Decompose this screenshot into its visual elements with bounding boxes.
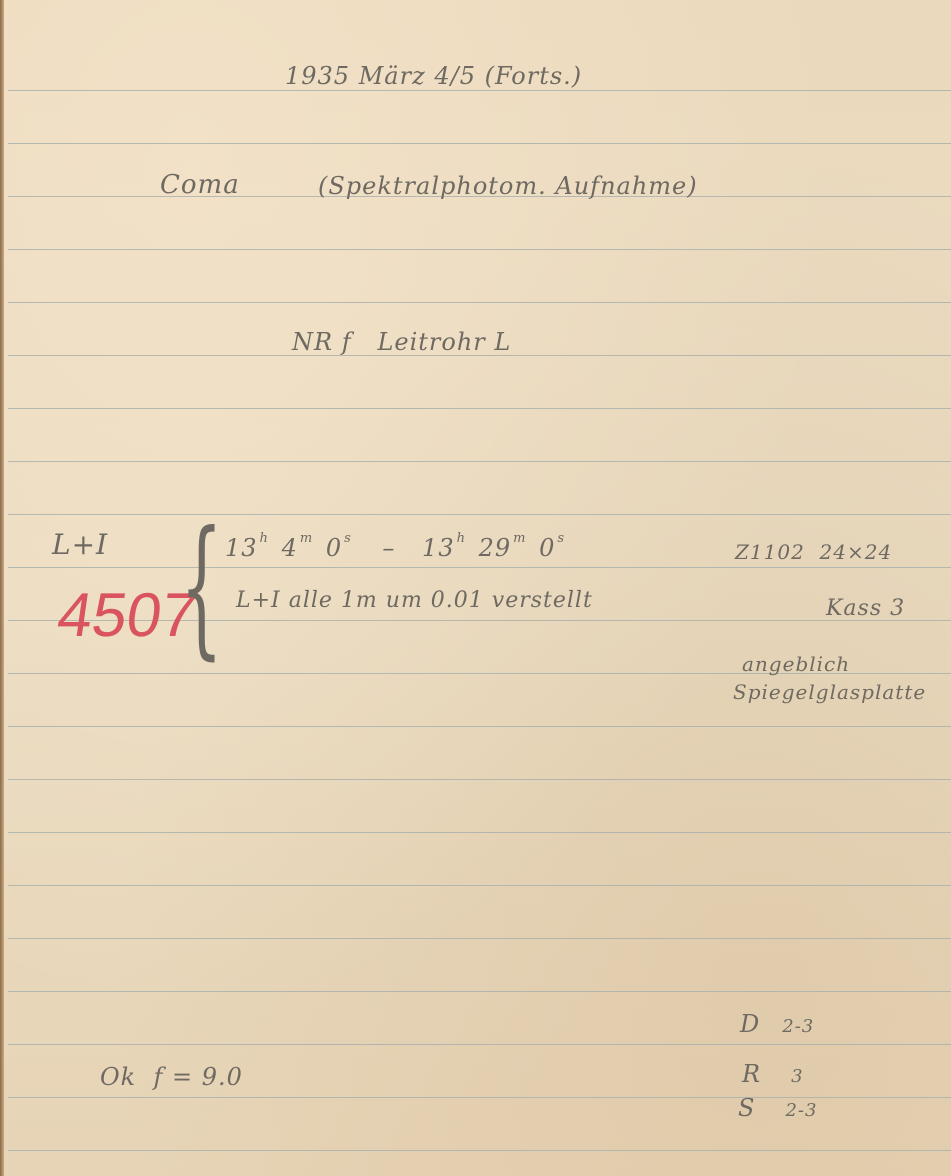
remark-line-2: Spiegelglasplatte: [733, 680, 926, 704]
rule-line: [8, 249, 951, 250]
plate-info: Z1102 24×24: [735, 540, 892, 564]
rule-line: [8, 143, 951, 144]
time-start-hours: 13: [225, 534, 258, 562]
rule-line: [8, 514, 951, 515]
plate-number: 4507: [53, 580, 201, 651]
adjustment-note: L+I alle 1m um 0.01 verstellt: [236, 588, 593, 613]
grade-r: R3: [742, 1060, 804, 1088]
rule-line: [8, 90, 951, 91]
rule-line: [8, 461, 951, 462]
entry-label: L+I: [52, 528, 108, 561]
rule-line: [8, 1150, 951, 1151]
cassette: Kass 3: [826, 596, 905, 621]
page-binding-edge: [0, 0, 4, 1176]
remark-line-1: angeblich: [742, 652, 850, 676]
time-end-hours: 13: [422, 534, 455, 562]
time-start-seconds: 0: [326, 534, 342, 562]
time-dash: –: [382, 534, 395, 562]
object-description: (Spektralphotom. Aufnahme): [318, 172, 698, 200]
rule-line: [8, 832, 951, 833]
rule-line: [8, 938, 951, 939]
grade-s: S2-3: [738, 1094, 817, 1122]
rule-line: [8, 779, 951, 780]
time-end-minutes: 29: [479, 534, 512, 562]
rule-line: [8, 567, 951, 568]
date-heading: 1935 März 4/5 (Forts.): [285, 62, 582, 90]
time-start-minutes: 4: [282, 534, 298, 562]
rule-line: [8, 885, 951, 886]
rule-line: [8, 726, 951, 727]
object-name: Coma: [160, 170, 240, 200]
instrument-line: NR f Leitrohr L: [292, 328, 511, 356]
rule-line: [8, 991, 951, 992]
time-end-seconds: 0: [539, 534, 555, 562]
rule-line: [8, 302, 951, 303]
rule-line: [8, 1044, 951, 1045]
rule-line: [8, 408, 951, 409]
brace-icon: {: [180, 512, 223, 662]
time-range: 13h 4m 0s – 13h 29m 0s: [225, 534, 569, 562]
grade-d: D2-3: [740, 1010, 814, 1038]
notebook-page: 1935 März 4/5 (Forts.) Coma (Spektralpho…: [0, 0, 951, 1176]
ocular-focus: Ok f = 9.0: [100, 1063, 243, 1091]
